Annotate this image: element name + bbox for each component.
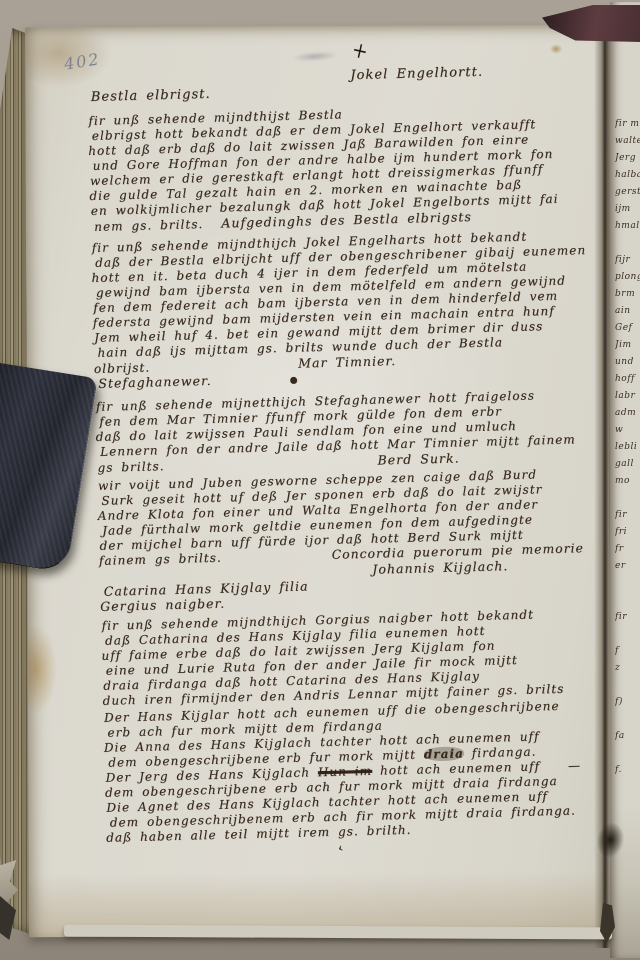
- paragraph-aufgedinghs: fir unß sehende mijndthijch Jokel Engelh…: [92, 228, 608, 391]
- facing-page-line-start: [615, 235, 640, 252]
- text-segment: —: [568, 758, 580, 772]
- facing-page-line-start: fir m: [615, 116, 640, 133]
- text-segment: Hun im: [318, 764, 373, 779]
- facing-page-line-start: gall: [615, 456, 640, 473]
- text-segment: gs brilts.: [97, 459, 164, 475]
- facing-page-line-start: adm: [615, 405, 640, 422]
- text-segment: olbrijst.: [94, 360, 151, 375]
- facing-page-line-start: hmal: [615, 218, 640, 235]
- entry-heading-jokel: Jokel Engelhortt.Bestla elbrigst.: [87, 62, 600, 105]
- text-segment: fainem gs brilts.: [99, 551, 222, 568]
- facing-page-line-start: z: [615, 660, 640, 677]
- text-segment: Berd Surk.: [377, 450, 460, 467]
- facing-page-line-start: halba: [615, 167, 640, 184]
- facing-page-line-start: [615, 626, 640, 643]
- facing-page-line-start: ain: [615, 303, 640, 320]
- paragraph-stefaghanewer: fir unß sehende mijnetthijch Stefaghanew…: [96, 386, 610, 474]
- facing-page-line-start: fr: [615, 541, 640, 558]
- facing-page-line-start: lebli: [615, 439, 640, 456]
- facing-page-line-start: f: [615, 643, 640, 660]
- text-segment: Mar Timnier.: [298, 353, 396, 371]
- facing-page-line-start: [615, 711, 640, 728]
- facing-page-line-start: fir: [615, 507, 640, 524]
- facing-page-text-fragments: fir mwalteJerghalbagerstijmhmal fijrplon…: [615, 116, 640, 796]
- facing-page-line-start: Jim: [615, 337, 640, 354]
- facing-page-line-start: und: [615, 354, 640, 371]
- facing-page-line-start: brm: [615, 286, 640, 303]
- facing-page-line-start: [615, 677, 640, 694]
- facing-page-line-start: [615, 779, 640, 796]
- facing-page-line-start: fri: [615, 524, 640, 541]
- text-segment: Stefaghanewer.: [98, 373, 212, 391]
- entries-kijglach-children: Der Hans Kijglar hott ach eunemen uff di…: [104, 697, 611, 845]
- text-segment: firdanga.: [464, 744, 537, 760]
- text-segment: ●: [290, 376, 299, 386]
- facing-page-line-start: fa: [615, 728, 640, 745]
- text-segment: draia: [424, 746, 464, 761]
- handwritten-text: Jokel Engelhortt.Bestla elbrigst.fir unß…: [87, 62, 611, 846]
- facing-page-line-start: [615, 592, 640, 609]
- facing-page-line-start: [615, 575, 640, 592]
- paragraph-berd-surk: wir voijt und Juben gesworne scheppe zen…: [98, 465, 611, 613]
- facing-page-line-start: f.: [615, 762, 640, 779]
- facing-page-sliver: fir mwalteJerghalbagerstijmhmal fijrplon…: [610, 2, 640, 958]
- paragraph-jokel-purchase: fir unß sehende mijndthijst Bestlaelbrig…: [88, 101, 603, 234]
- paragraph-gergius-naigber: fir unß sehende mijndthijch Gorgius naig…: [101, 605, 611, 708]
- facing-page-line-start: gerst: [615, 184, 640, 201]
- facing-page-line-start: fir: [615, 609, 640, 626]
- facing-page-line-start: f): [615, 694, 640, 711]
- facing-page-line-start: Jerg: [615, 150, 640, 167]
- facing-page-line-start: [615, 490, 640, 507]
- facing-page-line-start: w: [615, 422, 640, 439]
- facing-page-line-start: mo: [615, 473, 640, 490]
- facing-page-line-start: labr: [615, 388, 640, 405]
- manuscript-line: Bestla elbrigst.: [91, 77, 600, 105]
- facing-page-line-start: ijm: [615, 201, 640, 218]
- manuscript-photo: Jokel Engelhortt.Bestla elbrigst.fir unß…: [0, 0, 640, 960]
- facing-page-line-start: Gef: [615, 320, 640, 337]
- facing-page-line-start: [615, 745, 640, 762]
- facing-page-line-start: plong: [615, 269, 640, 286]
- facing-page-line-start: fijr: [615, 252, 640, 269]
- text-segment: nem gs. brilts.: [94, 217, 203, 234]
- facing-page-line-start: hoff: [615, 371, 640, 388]
- facing-page-line-start: walte: [615, 133, 640, 150]
- manuscript-page: Jokel Engelhortt.Bestla elbrigst.fir unß…: [25, 25, 611, 938]
- facing-page-line-start: er: [615, 558, 640, 575]
